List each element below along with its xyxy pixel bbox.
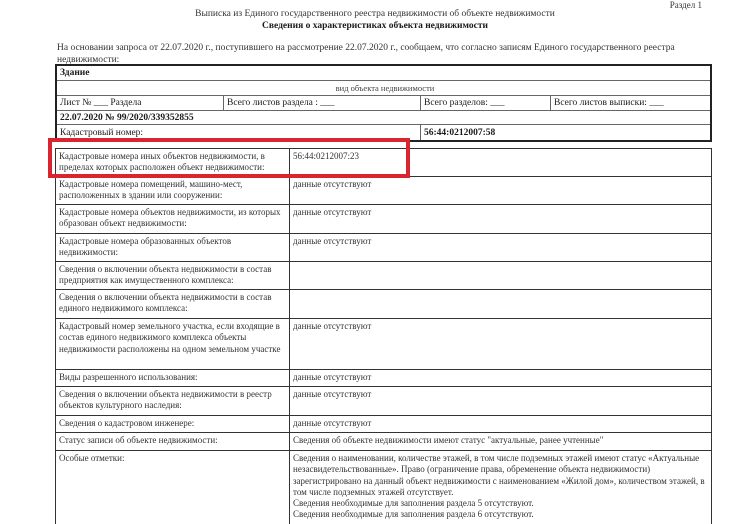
column-divider <box>289 177 290 204</box>
column-divider <box>289 416 290 432</box>
row-label: Сведения о включении объекта недвижимост… <box>59 389 287 412</box>
row-value: данные отсутствуют <box>293 179 709 190</box>
row-value-line: данные отсутствуют <box>293 179 709 190</box>
row-value-line: данные отсутствуют <box>293 389 709 400</box>
row-value: данные отсутствуют <box>293 389 709 400</box>
row-value-line: данные отсутствуют <box>293 321 709 332</box>
table-row: Кадастровые номера помещений, машино-мес… <box>56 177 711 205</box>
row-value-line: данные отсутствуют <box>293 236 709 247</box>
cadastral-value: 56:44:0212007:58 <box>420 125 495 140</box>
row-label: Кадастровые номера объектов недвижимости… <box>59 207 287 230</box>
document-subtitle: Сведения о характеристиках объекта недви… <box>0 21 750 31</box>
row-value-line: Сведения о наименовании, количестве этаж… <box>293 453 709 498</box>
object-type-caption: вид объекта недвижимости <box>336 83 435 93</box>
header-table: Здание вид объекта недвижимости Лист № _… <box>55 64 712 142</box>
row-value: 56:44:0212007:23 <box>293 151 709 162</box>
column-divider <box>289 234 290 261</box>
table-row: Кадастровый номер земельного участка, ес… <box>56 319 711 370</box>
column-divider <box>289 319 290 369</box>
row-label: Кадастровый номер земельного участка, ес… <box>59 321 287 355</box>
table-row: Статус записи об объекте недвижимости:Св… <box>56 433 711 451</box>
column-divider <box>289 205 290 233</box>
row-label: Сведения о включении объекта недвижимост… <box>59 264 287 287</box>
sheet-number: Лист № ___ Раздела <box>60 98 141 108</box>
table-row: Кадастровые номера объектов недвижимости… <box>56 205 711 234</box>
table-row: Сведения о включении объекта недвижимост… <box>56 387 711 416</box>
row-value: Сведения о наименовании, количестве этаж… <box>293 453 709 521</box>
column-divider <box>289 290 290 318</box>
row-value: данные отсутствуют <box>293 418 709 429</box>
table-row: Кадастровые номера образованных объектов… <box>56 234 711 262</box>
total-extract-sheets: Всего листов выписки: ___ <box>550 96 664 110</box>
intro-paragraph: На основании запроса от 22.07.2020 г., п… <box>57 42 677 66</box>
column-divider <box>289 451 290 524</box>
record-number-row: 22.07.2020 № 99/2020/339352855 <box>57 111 710 125</box>
row-value-line: данные отсутствуют <box>293 207 709 218</box>
document-title: Выписка из Единого государственного реес… <box>0 9 750 19</box>
total-section-sheets: Всего листов раздела : ___ <box>223 96 335 110</box>
object-type-row: Здание <box>57 66 710 81</box>
column-divider <box>289 149 290 176</box>
characteristics-table: Кадастровые номера иных объектов недвижи… <box>55 148 712 524</box>
cadastral-label: Кадастровый номер: <box>60 128 143 138</box>
row-value-line: Сведения об объекте недвижимости имеют с… <box>293 435 709 446</box>
table-row: Виды разрешенного использования:данные о… <box>56 370 711 387</box>
sheet-info-row: Лист № ___ Раздела Всего листов раздела … <box>57 96 710 111</box>
row-label: Особые отметки: <box>59 453 287 464</box>
row-label: Сведения о включении объекта недвижимост… <box>59 292 287 315</box>
row-value-line: Сведения необходимые для заполнения разд… <box>293 498 709 509</box>
column-divider <box>289 387 290 415</box>
row-value-line: данные отсутствуют <box>293 372 709 383</box>
row-value-line: Сведения необходимые для заполнения разд… <box>293 509 709 520</box>
row-value: данные отсутствуют <box>293 236 709 247</box>
table-row: Сведения о кадастровом инженере:данные о… <box>56 416 711 433</box>
row-label: Виды разрешенного использования: <box>59 372 287 383</box>
row-label: Статус записи об объекте недвижимости: <box>59 435 287 446</box>
cadastral-number-row: Кадастровый номер: 56:44:0212007:58 <box>57 125 710 140</box>
record-number: 22.07.2020 № 99/2020/339352855 <box>60 113 194 123</box>
row-value: данные отсутствуют <box>293 207 709 218</box>
row-value: Сведения об объекте недвижимости имеют с… <box>293 435 709 446</box>
row-value: данные отсутствуют <box>293 372 709 383</box>
object-type: Здание <box>60 68 90 78</box>
row-label: Кадастровые номера образованных объектов… <box>59 236 287 259</box>
column-divider <box>289 433 290 450</box>
table-row: Особые отметки:Сведения о наименовании, … <box>56 451 711 524</box>
column-divider <box>289 262 290 289</box>
table-row: Кадастровые номера иных объектов недвижи… <box>56 149 711 177</box>
row-label: Сведения о кадастровом инженере: <box>59 418 287 429</box>
row-value: данные отсутствуют <box>293 321 709 332</box>
table-row: Сведения о включении объекта недвижимост… <box>56 262 711 290</box>
column-divider <box>289 370 290 386</box>
object-type-caption-row: вид объекта недвижимости <box>57 81 710 96</box>
row-value-line: данные отсутствуют <box>293 418 709 429</box>
row-label: Кадастровые номера иных объектов недвижи… <box>59 151 287 174</box>
table-row: Сведения о включении объекта недвижимост… <box>56 290 711 319</box>
total-sections: Всего разделов: ___ <box>420 96 505 110</box>
row-label: Кадастровые номера помещений, машино-мес… <box>59 179 287 202</box>
row-value-line: 56:44:0212007:23 <box>293 151 709 162</box>
